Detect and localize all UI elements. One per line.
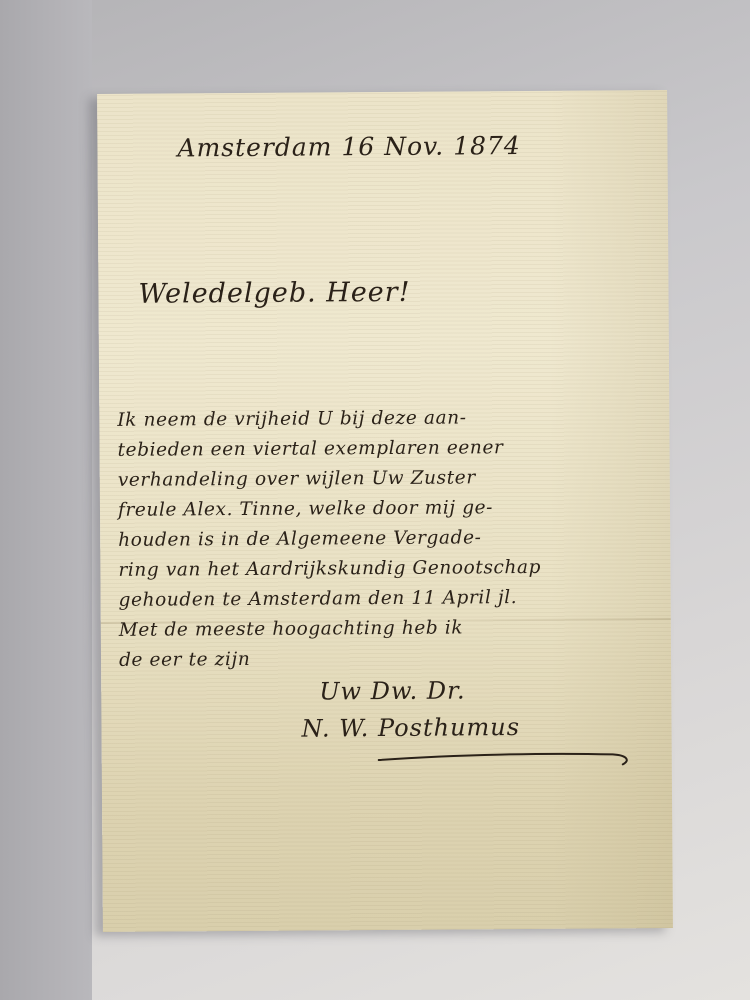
- letter-body-line: Met de meeste hoogachting heb ik: [119, 617, 463, 640]
- background-shadow: [0, 0, 92, 1000]
- letter-body-line: Ik neem de vrijheid U bij deze aan-: [117, 407, 466, 430]
- letter-salutation: Weledelgeb. Heer!: [138, 277, 410, 310]
- letter-body-line: gehouden te Amsterdam den 11 April jl.: [119, 587, 518, 611]
- paper-shading: [547, 90, 673, 929]
- letter-closing: Uw Dw. Dr.: [319, 676, 466, 705]
- letter-body-line: verhandeling over wijlen Uw Zuster: [118, 467, 476, 490]
- letter-body-line: houden is in de Algemeene Vergade-: [118, 527, 481, 551]
- letter-body-line: de eer te zijn: [119, 649, 250, 671]
- signature-flourish-icon: [377, 750, 632, 768]
- letter-signature: N. W. Posthumus: [301, 713, 520, 743]
- letter-body-line: freule Alex. Tinne, welke door mij ge-: [118, 497, 493, 521]
- letter-body-line: ring van het Aardrijkskundig Genootschap: [118, 557, 541, 581]
- letter-dateline: Amsterdam 16 Nov. 1874: [177, 131, 521, 162]
- letter-body-line: tebieden een viertal exemplaren eener: [117, 437, 503, 461]
- letter-sheet: Amsterdam 16 Nov. 1874 Weledelgeb. Heer!…: [97, 90, 673, 932]
